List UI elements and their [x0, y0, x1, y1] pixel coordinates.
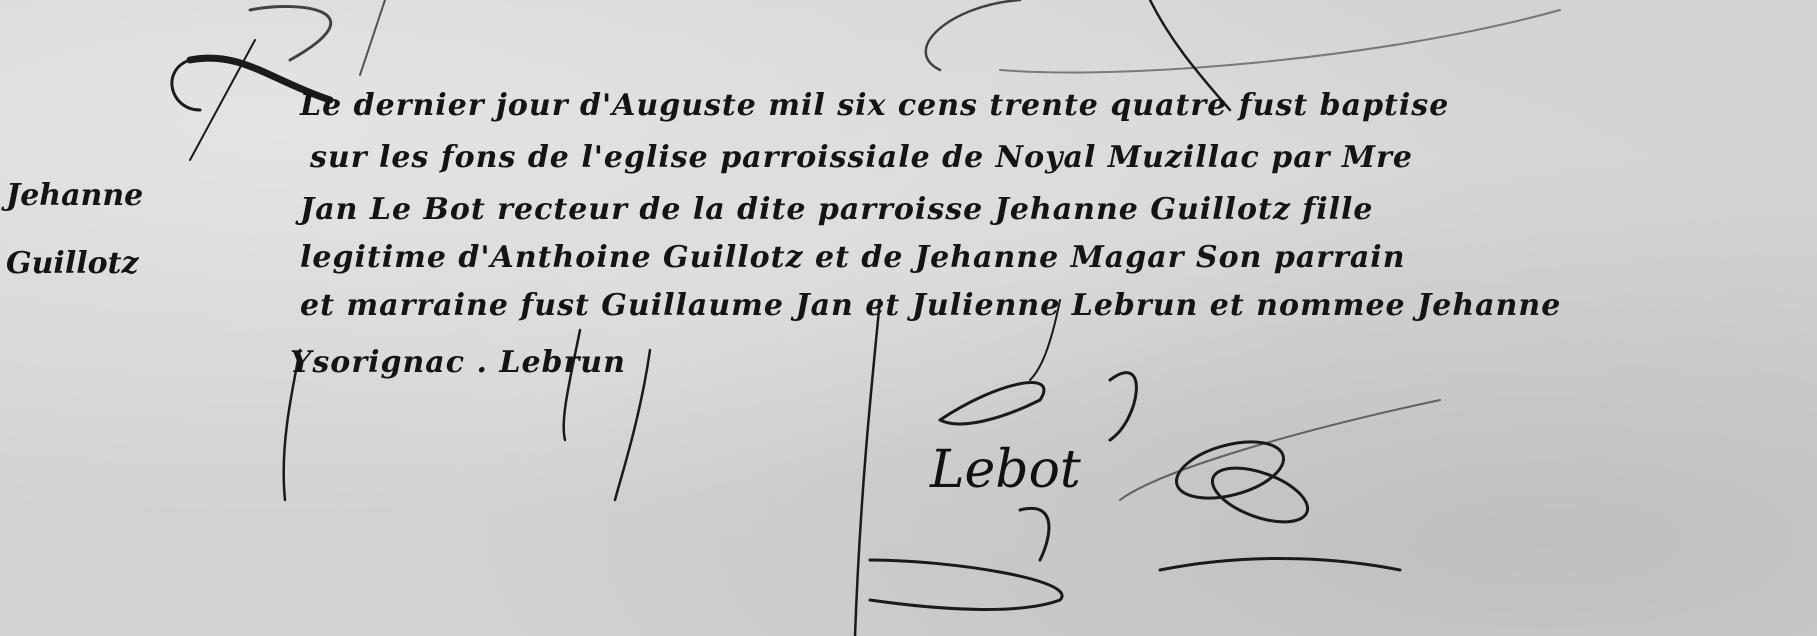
record-line-2: sur les fons de l'eglise parroissiale de…: [310, 140, 1413, 175]
record-line-4: legitime d'Anthoine Guillotz et de Jehan…: [300, 240, 1406, 275]
record-line-1: Le dernier jour d'Auguste mil six cens t…: [300, 88, 1449, 123]
signature-lebot: Lebot: [930, 440, 1081, 500]
document-page: Jehanne Guillotz Le dernier jour d'Augus…: [0, 0, 1817, 636]
margin-name-first: Jehanne: [6, 178, 143, 213]
record-line-3: Jan Le Bot recteur de la dite parroisse …: [300, 192, 1373, 227]
margin-name-last: Guillotz: [6, 246, 139, 281]
record-line-5: et marraine fust Guillaume Jan et Julien…: [300, 288, 1561, 323]
record-line-6: Ysorignac . Lebrun: [290, 345, 626, 380]
